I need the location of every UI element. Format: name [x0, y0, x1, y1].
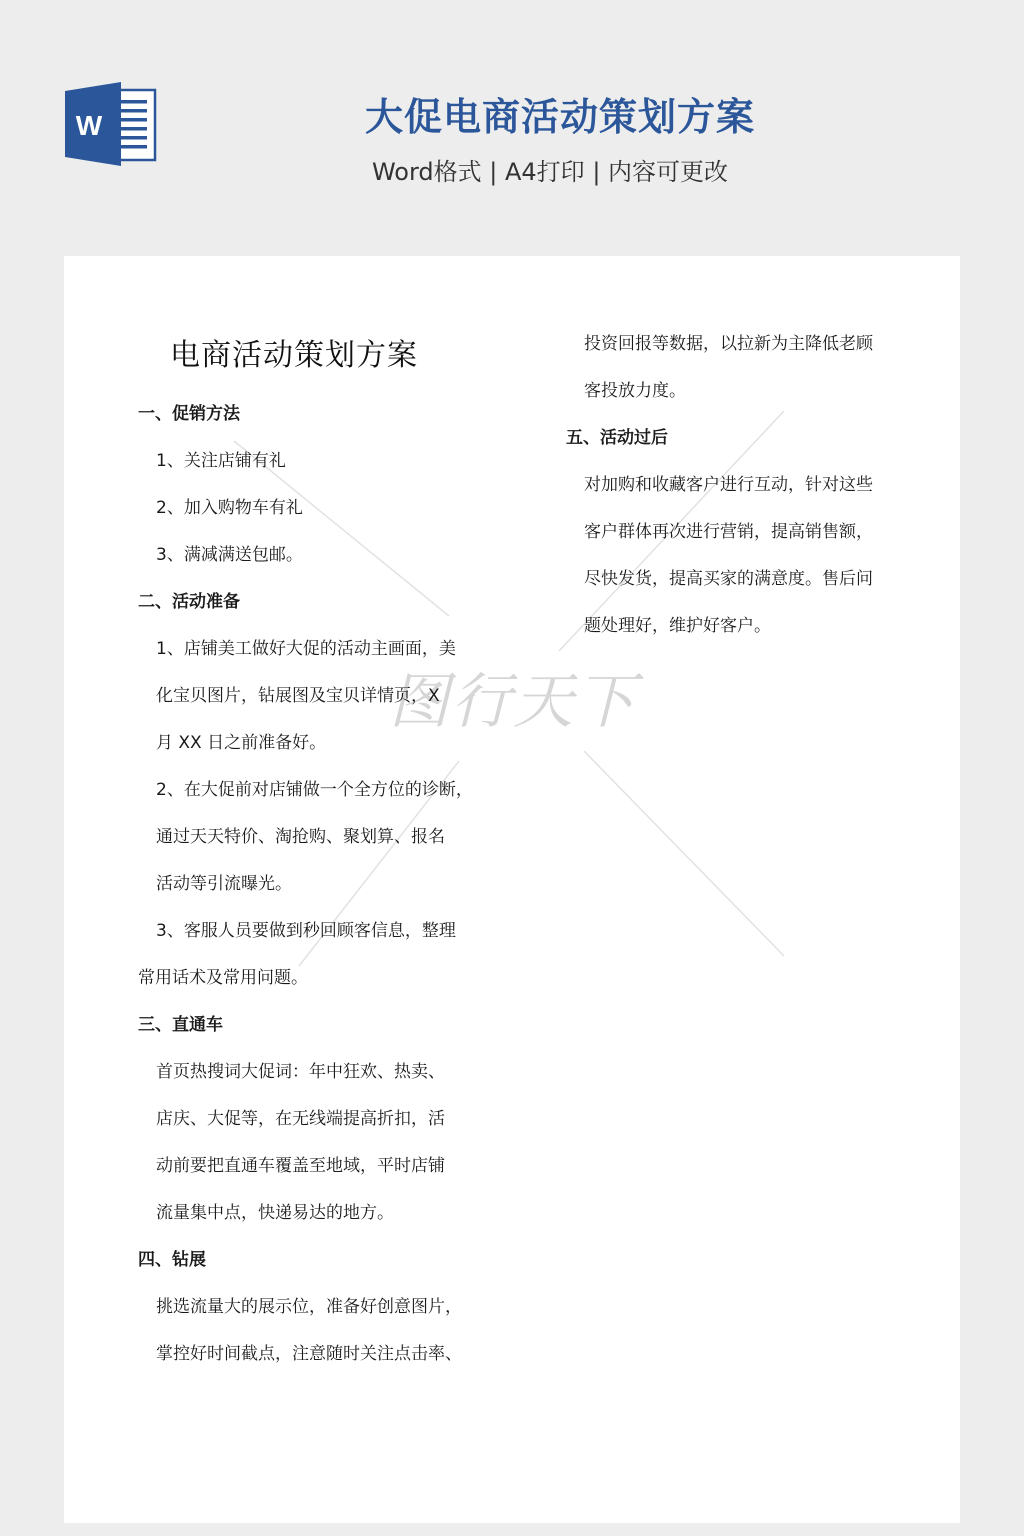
paragraph-line: 尽快发货，提高买家的满意度。售后问: [584, 566, 873, 592]
paragraph-line: 1、关注店铺有礼: [156, 448, 286, 474]
banner-subtitle: Word格式 | A4打印 | 内容可更改: [340, 152, 760, 192]
paragraph-line: 题处理好，维护好客户。: [584, 613, 771, 639]
section-heading: 五、活动过后: [566, 425, 668, 451]
paragraph-line: 动前要把直通车覆盖至地域，平时店铺: [156, 1153, 445, 1179]
word-logo-icon: W: [65, 82, 157, 166]
section-heading: 三、直通车: [138, 1012, 223, 1038]
paragraph-line: 化宝贝图片，钻展图及宝贝详情页，X: [156, 683, 440, 709]
paragraph-line: 2、在大促前对店铺做一个全方位的诊断，: [156, 777, 473, 803]
paragraph-line: 对加购和收藏客户进行互动，针对这些: [584, 472, 873, 498]
paragraph-line: 店庆、大促等，在无线端提高折扣，活: [156, 1106, 445, 1132]
paragraph-line: 首页热搜词大促词：年中狂欢、热卖、: [156, 1059, 445, 1085]
paragraph-line: 常用话术及常用问题。: [138, 965, 308, 991]
paragraph-line: 1、店铺美工做好大促的活动主画面，美: [156, 636, 456, 662]
paragraph-line: 流量集中点，快递易达的地方。: [156, 1200, 394, 1226]
paragraph-line: 挑选流量大的展示位，准备好创意图片，: [156, 1294, 462, 1320]
paragraph-line: 3、满减满送包邮。: [156, 542, 303, 568]
paragraph-line: 客户群体再次进行营销，提高销售额，: [584, 519, 873, 545]
document-page: 图行天下 电商活动策划方案 一、促销方法1、关注店铺有礼2、加入购物车有礼3、满…: [64, 256, 960, 1523]
paragraph-line: 掌控好时间截点，注意随时关注点击率、: [156, 1341, 462, 1367]
word-logo-letter: W: [76, 110, 103, 141]
section-heading: 一、促销方法: [138, 401, 240, 427]
banner-title: 大促电商活动策划方案: [340, 92, 780, 142]
paragraph-line: 客投放力度。: [584, 378, 686, 404]
paragraph-line: 通过天天特价、淘抢购、聚划算、报名: [156, 824, 445, 850]
paragraph-line: 投资回报等数据，以拉新为主降低老顾: [584, 331, 873, 357]
paragraph-line: 2、加入购物车有礼: [156, 495, 303, 521]
paragraph-line: 月 XX 日之前准备好。: [156, 730, 326, 756]
document-title: 电商活动策划方案: [170, 334, 418, 378]
section-heading: 四、钻展: [138, 1247, 206, 1273]
section-heading: 二、活动准备: [138, 589, 240, 615]
paragraph-line: 活动等引流曝光。: [156, 871, 292, 897]
paragraph-line: 3、客服人员要做到秒回顾客信息，整理: [156, 918, 456, 944]
